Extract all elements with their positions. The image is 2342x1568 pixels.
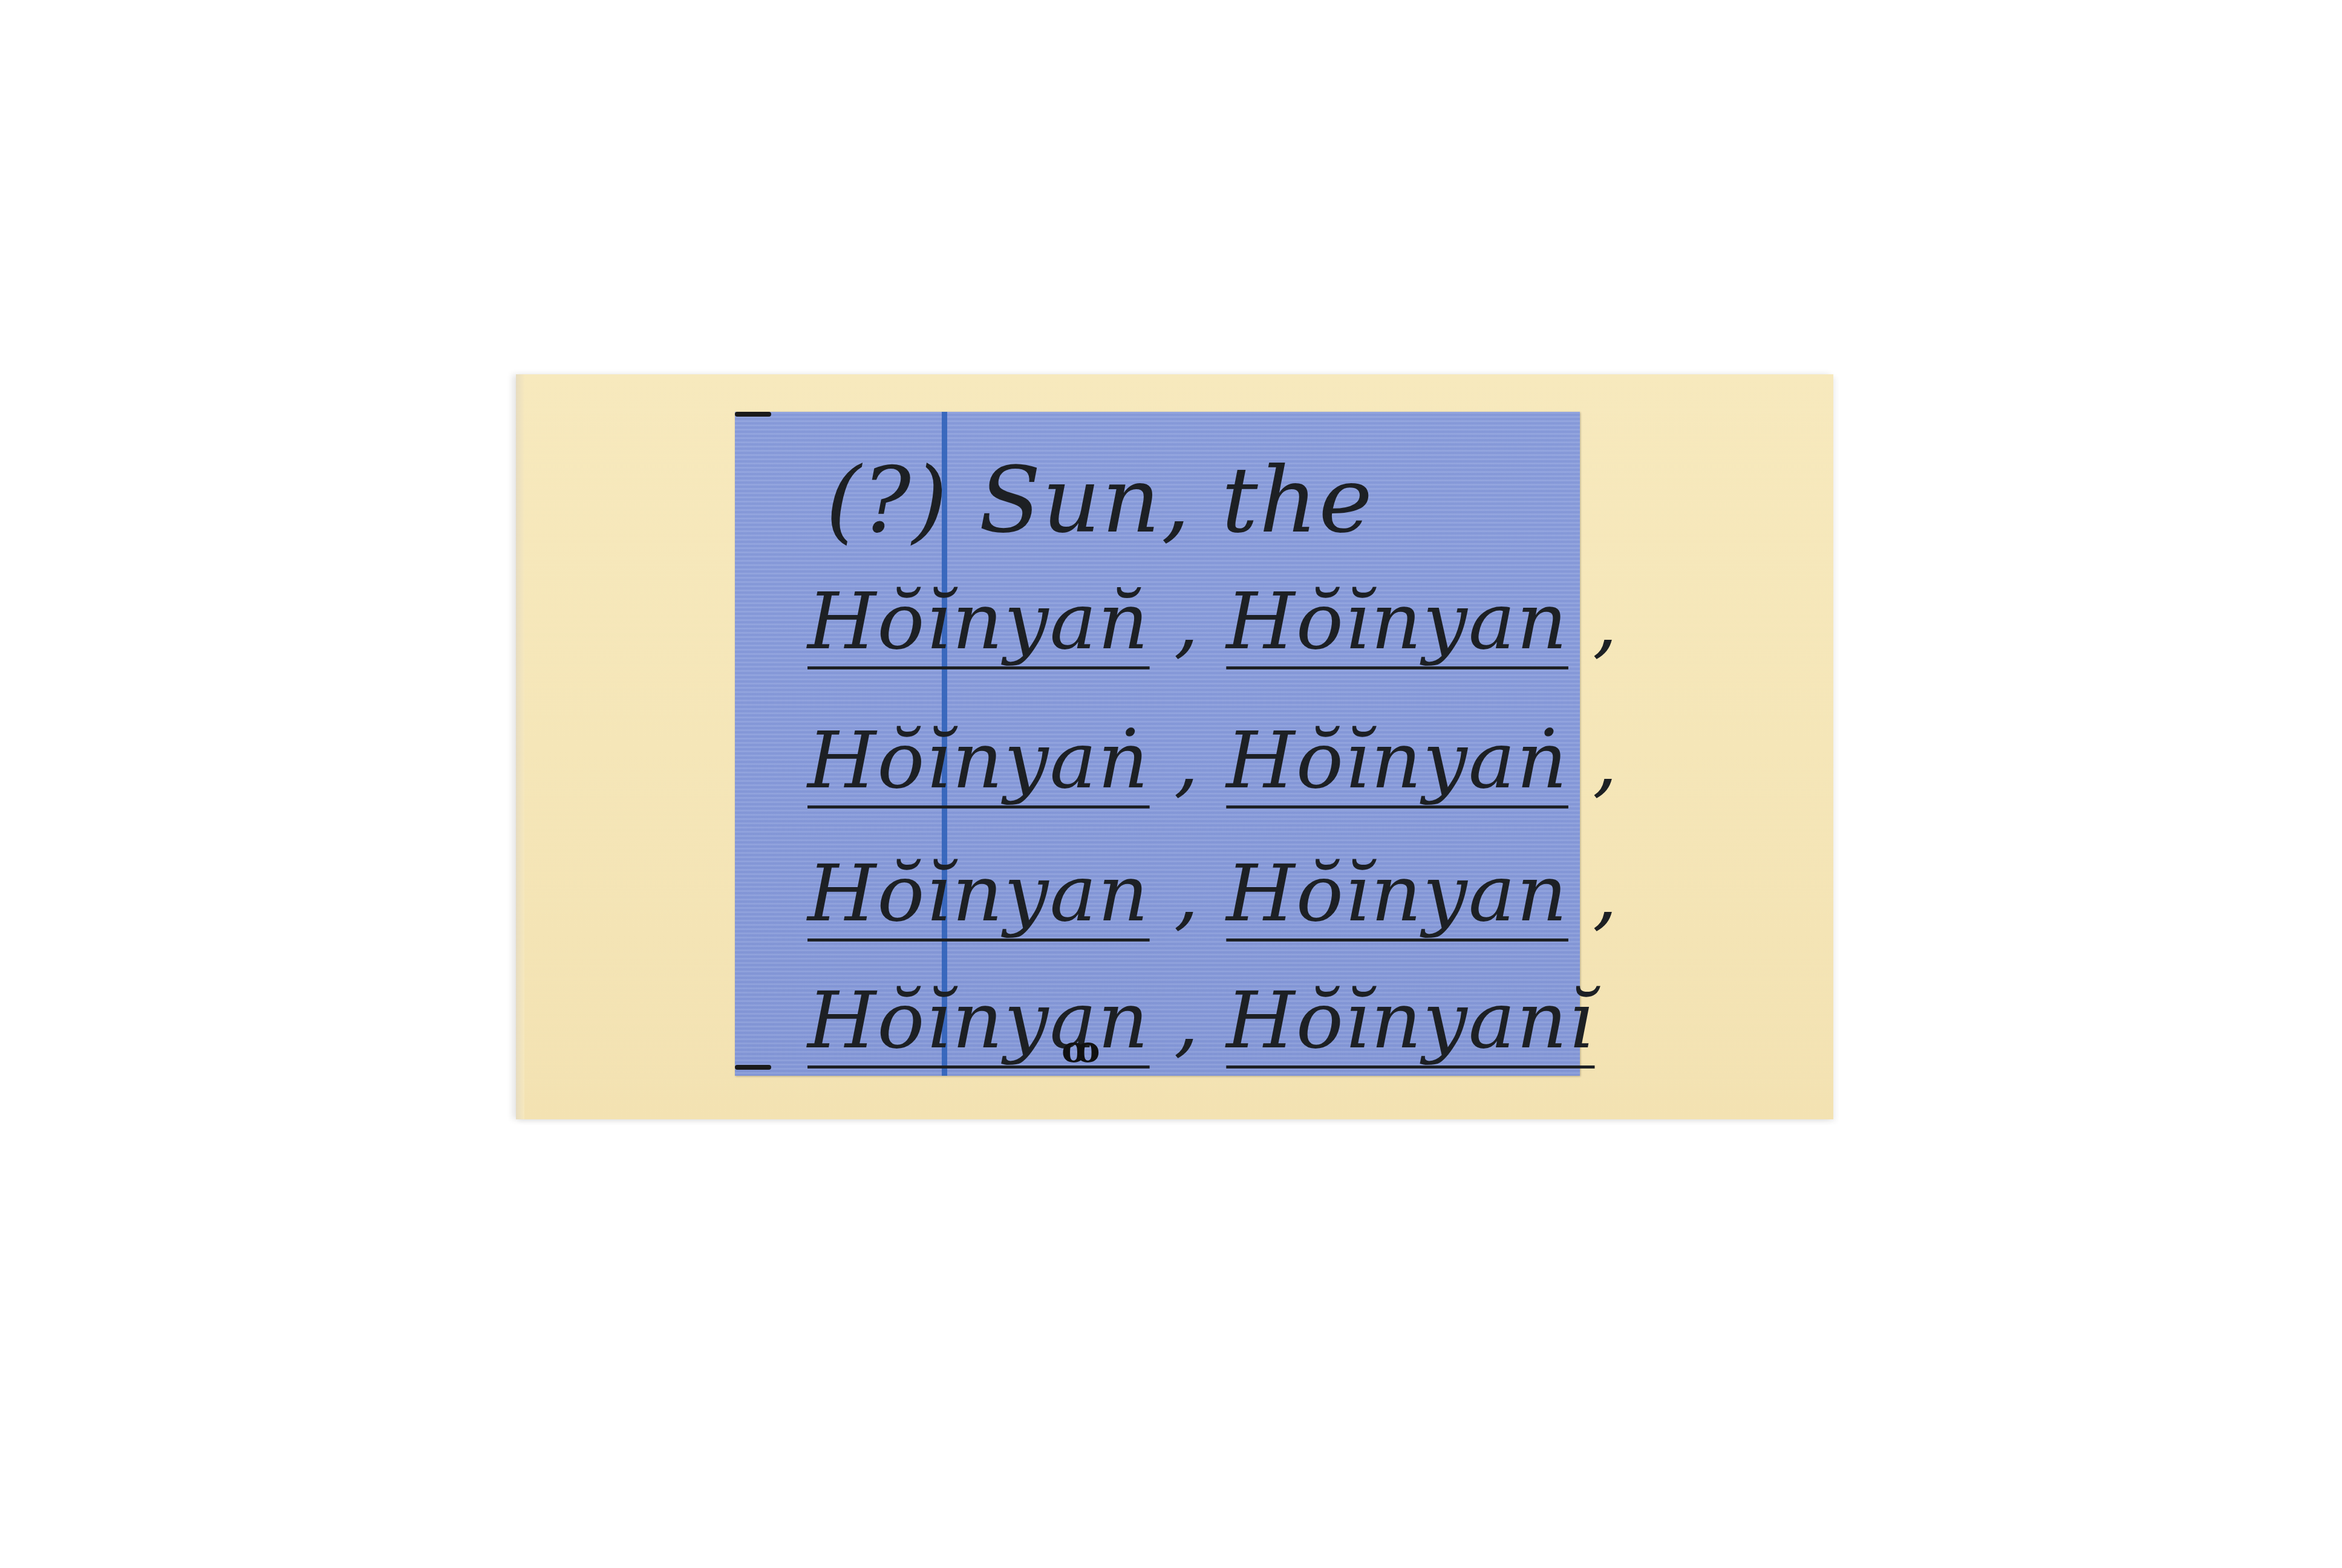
ink-mark-top — [735, 412, 771, 417]
word: Hŏĭnyanĭ — [1226, 974, 1594, 1066]
word-row: Hŏĭnyan̆, Hŏĭnyan, — [807, 575, 1619, 667]
word-row: Hŏĭnyan, Hŏĭnyan, — [807, 847, 1619, 939]
word-row: Hŏĭnyaṅ, Hŏĭnyaṅ, — [807, 714, 1619, 806]
word: Hŏĭnyaṅ — [807, 714, 1150, 806]
ink-blot: ꝏ — [1062, 1029, 1152, 1065]
slip-heading: (?) Sun, the — [826, 448, 1374, 553]
word: Hŏĭnyan — [1226, 575, 1568, 667]
word: Hŏĭnyan — [1226, 847, 1568, 939]
ink-mark-bottom — [735, 1065, 771, 1070]
word-row: Hŏĭnyan, Hŏĭnyanĭ — [807, 974, 1619, 1066]
word: Hŏĭnyan̆ — [807, 575, 1150, 667]
word: Hŏĭnyan — [807, 847, 1150, 939]
blue-paper-slip: (?) Sun, the Hŏĭnyan̆, Hŏĭnyan, Hŏĭnyaṅ,… — [735, 412, 1580, 1076]
word: Hŏĭnyaṅ — [1226, 714, 1568, 806]
card-edge-shadow — [516, 374, 524, 1119]
